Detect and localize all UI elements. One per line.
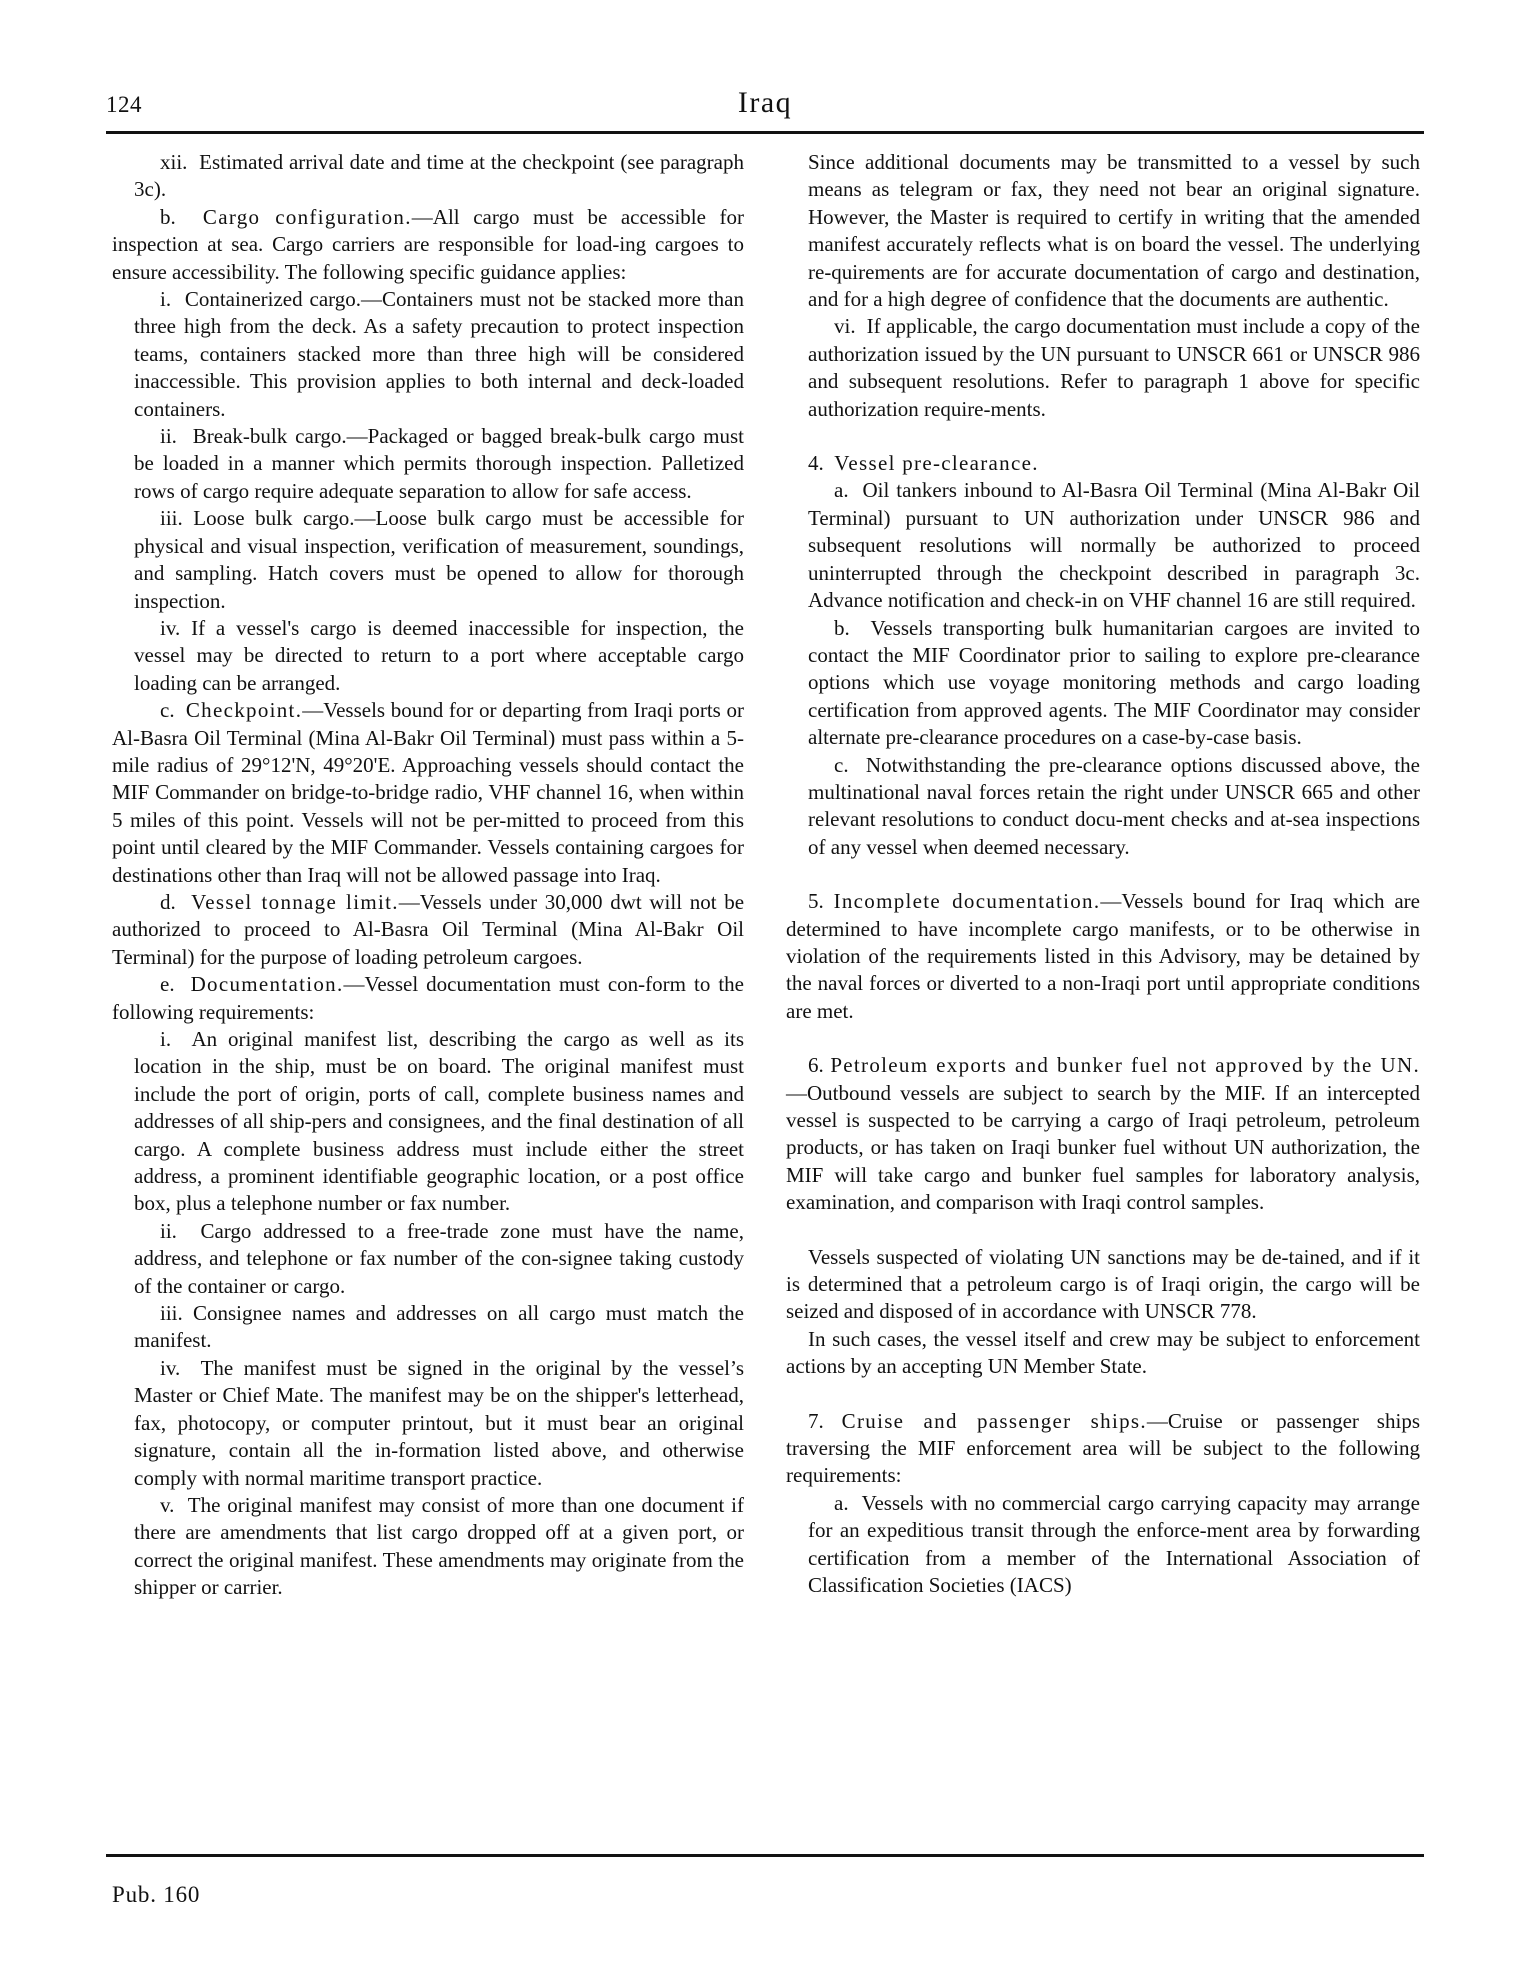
paragraph-xii: xii. Estimated arrival date and time at … xyxy=(134,149,744,204)
paragraph-7a: a. Vessels with no commercial cargo carr… xyxy=(808,1490,1420,1600)
footer-rule xyxy=(106,1854,1424,1857)
paragraph-heading: Checkpoint. xyxy=(186,698,302,722)
paragraph-text: If applicable, the cargo documentation m… xyxy=(808,314,1420,420)
paragraph-heading: Cruise and passenger ships. xyxy=(842,1409,1147,1433)
paragraph-e-v: v. The original manifest may consist of … xyxy=(134,1492,744,1602)
paragraph-marker: ii. xyxy=(160,424,193,448)
paragraph-marker: v. xyxy=(160,1493,188,1517)
paragraph-text: Oil tankers inbound to Al-Basra Oil Term… xyxy=(808,478,1420,612)
paragraph-heading: Vessel pre-clearance. xyxy=(834,451,1039,475)
paragraph-text: —Vessels bound for or departing from Ira… xyxy=(112,698,744,886)
paragraph-marker: e. xyxy=(160,972,191,996)
paragraph-marker: b. xyxy=(160,205,203,229)
paragraph-marker: xii. xyxy=(160,150,199,174)
paragraph-marker: iii. xyxy=(160,506,193,530)
paragraph-text: Loose bulk cargo.—Loose bulk cargo must … xyxy=(134,506,744,612)
paragraph-marker: 7. xyxy=(808,1409,842,1433)
paragraph-heading: Vessel tonnage limit. xyxy=(191,890,399,914)
paragraph-text: Break-bulk cargo.—Packaged or bagged bre… xyxy=(134,424,744,503)
paragraph-d: d. Vessel tonnage limit.—Vessels under 3… xyxy=(112,889,744,971)
paragraph-marker: a. xyxy=(834,478,862,502)
paragraph-text: —Outbound vessels are subject to search … xyxy=(786,1081,1420,1215)
paragraph-heading: Documentation. xyxy=(191,972,344,996)
paragraph-text: The original manifest may consist of mor… xyxy=(134,1493,744,1599)
header-rule xyxy=(106,131,1424,134)
paragraph-text: Consignee names and addresses on all car… xyxy=(134,1301,744,1352)
paragraph-e-i: i. An original manifest list, describing… xyxy=(134,1026,744,1218)
paragraph-6-cont1: Vessels suspected of violating UN sancti… xyxy=(786,1244,1420,1326)
paragraph-text: Estimated arrival date and time at the c… xyxy=(134,150,744,201)
paragraph-4c: c. Notwithstanding the pre-clearance opt… xyxy=(808,752,1420,862)
paragraph-e-vi: vi. If applicable, the cargo documentati… xyxy=(808,313,1420,423)
paragraph-marker: c. xyxy=(160,698,186,722)
paragraph-6-cont2: In such cases, the vessel itself and cre… xyxy=(786,1326,1420,1381)
paragraph-text: Vessels transporting bulk humanitarian c… xyxy=(808,616,1420,750)
paragraph-heading: Petroleum exports and bunker fuel not ap… xyxy=(830,1053,1420,1077)
paragraph-e-iii: iii. Consignee names and addresses on al… xyxy=(134,1300,744,1355)
paragraph-marker: i. xyxy=(160,1027,192,1051)
paragraph-marker: iv. xyxy=(160,616,191,640)
paragraph-text: Vessels with no commercial cargo carryin… xyxy=(808,1491,1420,1597)
paragraph-marker: d. xyxy=(160,890,191,914)
paragraph-text: Notwithstanding the pre-clearance option… xyxy=(808,753,1420,859)
right-column: Since additional documents may be transm… xyxy=(786,149,1420,1600)
paragraph-e: e. Documentation.—Vessel documentation m… xyxy=(112,971,744,1026)
paragraph-text: If a vessel's cargo is deemed inaccessib… xyxy=(134,616,744,695)
paragraph-marker: vi. xyxy=(834,314,867,338)
page-header: 124 Iraq xyxy=(106,88,1424,132)
paragraph-text: Since additional documents may be transm… xyxy=(808,150,1420,311)
paragraph-c: c. Checkpoint.—Vessels bound for or depa… xyxy=(112,697,744,889)
paragraph-text: An original manifest list, describing th… xyxy=(134,1027,744,1215)
paragraph-4a: a. Oil tankers inbound to Al-Basra Oil T… xyxy=(808,477,1420,614)
paragraph-5: 5. Incomplete documentation.—Vessels bou… xyxy=(786,888,1420,1025)
paragraph-marker: b. xyxy=(834,616,871,640)
paragraph-e-ii: ii. Cargo addressed to a free-trade zone… xyxy=(134,1218,744,1300)
page-footer: Pub. 160 xyxy=(112,1882,200,1908)
paragraph-4: 4. Vessel pre-clearance. xyxy=(808,450,1420,477)
paragraph-heading: Cargo configuration. xyxy=(203,205,412,229)
paragraph-text: Containerized cargo.—Containers must not… xyxy=(134,287,744,421)
paragraph-e-iv: iv. The manifest must be signed in the o… xyxy=(134,1355,744,1492)
paragraph-heading: Incomplete documentation. xyxy=(834,889,1101,913)
paragraph-e-v-cont: Since additional documents may be transm… xyxy=(808,149,1420,313)
paragraph-4b: b. Vessels transporting bulk humanitaria… xyxy=(808,615,1420,752)
paragraph-marker: ii. xyxy=(160,1219,200,1243)
paragraph-text: Vessels suspected of violating UN sancti… xyxy=(786,1245,1420,1324)
paragraph-marker: iv. xyxy=(160,1356,201,1380)
paragraph-b-ii: ii. Break-bulk cargo.—Packaged or bagged… xyxy=(134,423,744,505)
paragraph-marker: 5. xyxy=(808,889,834,913)
paragraph-7: 7. Cruise and passenger ships.—Cruise or… xyxy=(786,1408,1420,1490)
paragraph-marker: c. xyxy=(834,753,866,777)
left-column: xii. Estimated arrival date and time at … xyxy=(134,149,744,1602)
paragraph-text: Cargo addressed to a free-trade zone mus… xyxy=(134,1219,744,1298)
paragraph-marker: 6. xyxy=(808,1053,830,1077)
paragraph-b-i: i. Containerized cargo.—Containers must … xyxy=(134,286,744,423)
paragraph-text: In such cases, the vessel itself and cre… xyxy=(786,1327,1420,1378)
paragraph-marker: i. xyxy=(160,287,185,311)
running-title: Iraq xyxy=(106,86,1424,120)
paragraph-b-iii: iii. Loose bulk cargo.—Loose bulk cargo … xyxy=(134,505,744,615)
paragraph-text: The manifest must be signed in the origi… xyxy=(134,1356,744,1490)
paragraph-marker: iii. xyxy=(160,1301,193,1325)
paragraph-marker: a. xyxy=(834,1491,862,1515)
paragraph-b-iv: iv. If a vessel's cargo is deemed inacce… xyxy=(134,615,744,697)
paragraph-b: b. Cargo configuration.—All cargo must b… xyxy=(112,204,744,286)
paragraph-6: 6. Petroleum exports and bunker fuel not… xyxy=(786,1052,1420,1216)
paragraph-marker: 4. xyxy=(808,451,834,475)
